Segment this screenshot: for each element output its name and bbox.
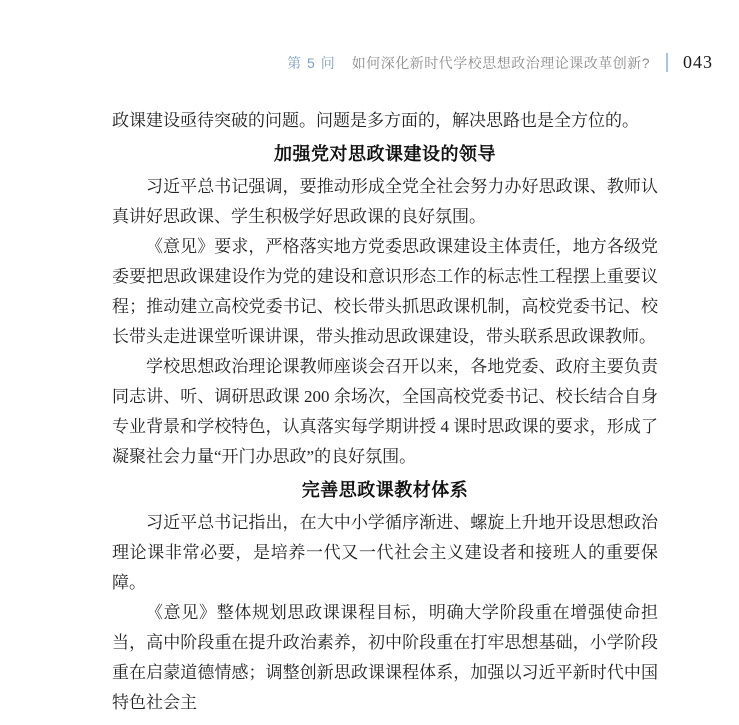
paragraph: 学校思想政治理论课教师座谈会召开以来，各地党委、政府主要负责同志讲、听、调研思政… <box>112 352 658 472</box>
paragraph: 习近平总书记强调，要推动形成全党全社会努力办好思政课、教师认真讲好思政课、学生积… <box>112 172 658 232</box>
section-heading-textbook-system: 完善思政课教材体系 <box>112 474 658 506</box>
paragraph: 《意见》整体规划思政课课程目标，明确大学阶段重在增强使命担当，高中阶段重在提升政… <box>112 598 658 718</box>
paragraph: 《意见》要求，严格落实地方党委思政课建设主体责任，地方各级党委要把思政课建设作为… <box>112 232 658 352</box>
text-column: 政课建设亟待突破的问题。问题是多方面的，解决思路也是全方位的。 加强党对思政课建… <box>112 106 658 718</box>
paragraph: 习近平总书记指出，在大中小学循序渐进、螺旋上升地开设思想政治理论课非常必要，是培… <box>112 508 658 598</box>
running-header: 第 5 问 如何深化新时代学校思想政治理论课改革创新? 043 <box>287 52 713 73</box>
chapter-title: 如何深化新时代学校思想政治理论课改革创新? <box>352 53 650 73</box>
header-divider <box>666 53 668 72</box>
page-number: 043 <box>683 52 713 73</box>
paragraph-continuation: 政课建设亟待突破的问题。问题是多方面的，解决思路也是全方位的。 <box>112 106 658 136</box>
section-heading-party-leadership: 加强党对思政课建设的领导 <box>112 138 658 170</box>
chapter-number-label: 第 5 问 <box>287 53 336 73</box>
